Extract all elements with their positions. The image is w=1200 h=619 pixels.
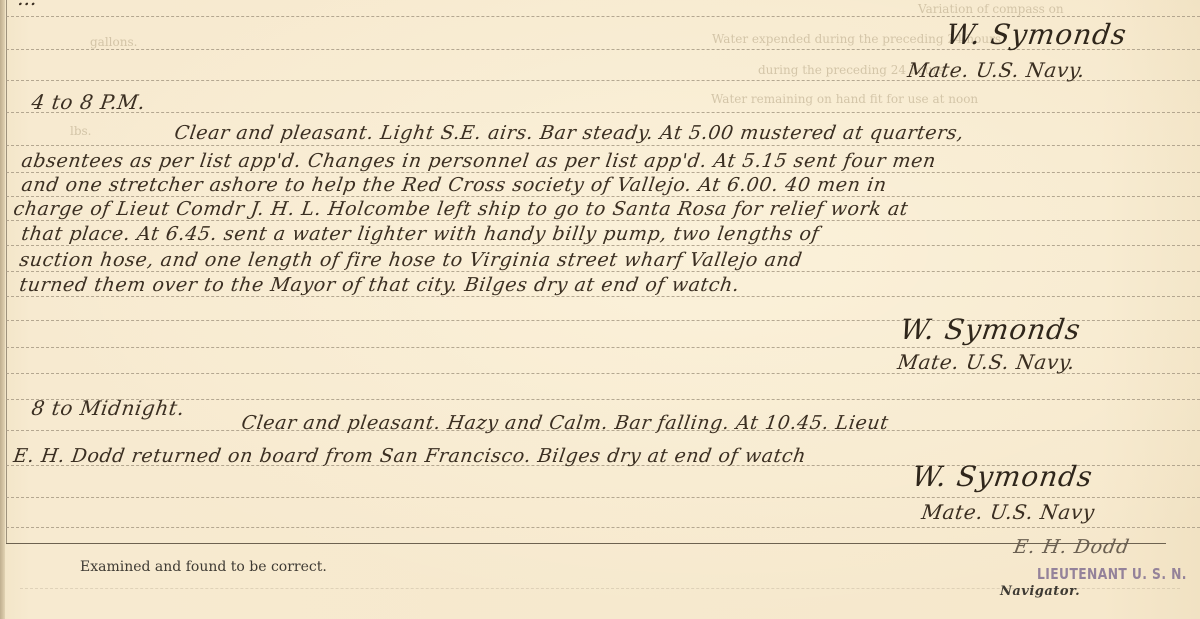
ruled-line [6, 112, 1200, 113]
signature-title: Mate. U.S. Navy. [906, 58, 1087, 82]
log-box-left-border [6, 0, 7, 544]
ruled-line [6, 347, 1200, 348]
signature-title: Mate. U.S. Navy. [896, 350, 1077, 374]
ruled-line [6, 220, 1200, 221]
watch-heading: 8 to Midnight. [30, 396, 186, 420]
ruled-line [6, 172, 1200, 173]
log-line: and one stretcher ashore to help the Red… [20, 174, 888, 196]
ghost-form-text: Variation of compass on [918, 2, 1064, 16]
rank-stamp: LIEUTENANT U. S. N. [1037, 565, 1187, 583]
signature-name: W. Symonds [898, 313, 1083, 346]
logbook-page: Variation of compass on Water expended d… [0, 0, 1200, 619]
log-line: E. H. Dodd returned on board from San Fr… [12, 445, 808, 467]
examined-statement: Examined and found to be correct. [80, 559, 327, 575]
log-line: Clear and pleasant. Hazy and Calm. Bar f… [240, 412, 890, 434]
ruled-line [6, 196, 1200, 197]
cut-off-handwriting: ... [16, 0, 38, 10]
ghost-form-text: lbs. [70, 124, 92, 138]
navigator-signature: E. H. Dodd [1012, 536, 1131, 558]
ruled-line [6, 145, 1200, 146]
log-line: suction hose, and one length of fire hos… [18, 249, 804, 271]
log-line: turned them over to the Mayor of that ci… [18, 274, 741, 296]
ruled-line [6, 245, 1200, 246]
ghost-form-text: Water remaining on hand fit for use at n… [711, 92, 978, 106]
navigator-label: Navigator. [1000, 584, 1080, 599]
signature-title: Mate. U.S. Navy [920, 500, 1096, 524]
log-line: charge of Lieut Comdr J. H. L. Holcombe … [12, 198, 910, 220]
ruled-line [6, 271, 1200, 272]
ruled-line [6, 296, 1200, 297]
watch-heading: 4 to 8 P.M. [30, 90, 147, 114]
log-box-bottom-border [6, 543, 1166, 544]
ruled-line [6, 497, 1200, 498]
signature-name: W. Symonds [910, 460, 1095, 493]
ruled-line [6, 527, 1200, 528]
signature-name: W. Symonds [944, 18, 1129, 51]
ruled-line [6, 16, 1200, 17]
page-binding-edge [0, 0, 5, 619]
log-line: absentees as per list app'd. Changes in … [20, 150, 937, 172]
log-line: Clear and pleasant. Light S.E. airs. Bar… [173, 122, 965, 144]
log-line: that place. At 6.45. sent a water lighte… [20, 223, 821, 245]
ghost-form-text: gallons. [90, 35, 137, 49]
